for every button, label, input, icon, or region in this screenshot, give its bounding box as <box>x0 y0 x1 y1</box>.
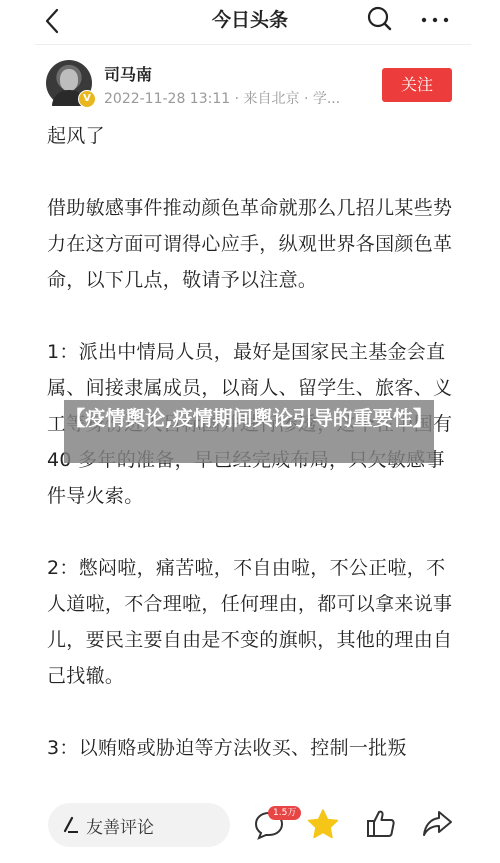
article-paragraph: 3：以贿赂或胁迫等方法收买、控制一批叛 <box>47 730 457 766</box>
share-button[interactable] <box>420 807 454 841</box>
more-options-button[interactable] <box>418 4 452 34</box>
like-button[interactable] <box>364 807 398 841</box>
article-headline: 起风了 <box>47 118 457 154</box>
comment-placeholder: 友善评论 <box>86 813 154 838</box>
article-paragraph: 借助敏感事件推动颜色革命就那么几招儿某些势力在这方面可谓得心应手，纵观世界各国颜… <box>47 190 457 298</box>
pen-icon <box>62 815 80 835</box>
author-name[interactable]: 司马南 <box>104 62 152 85</box>
verified-badge-icon: V <box>78 90 96 108</box>
caption-overlay: 【疫情舆论,疫情期间舆论引导的重要性】 <box>64 400 434 463</box>
follow-button[interactable]: 关注 <box>382 68 452 102</box>
favorite-button[interactable] <box>306 807 340 841</box>
avatar[interactable]: V <box>46 60 92 106</box>
post-meta: 2022-11-28 13:11 · 来自北京 · 学... <box>104 88 340 108</box>
header-divider <box>35 44 471 45</box>
share-icon <box>420 807 454 841</box>
comment-input[interactable]: 友善评论 <box>48 803 230 847</box>
search-button[interactable] <box>365 4 395 34</box>
thumbs-up-icon <box>364 807 398 841</box>
avatar-face <box>60 69 78 91</box>
article-paragraph: 2：憋闷啦，痛苦啦，不自由啦，不公正啦，不人道啦，不合理啦，任何理由，都可以拿来… <box>47 550 457 694</box>
comment-count-badge: 1.5万 <box>268 806 301 820</box>
star-icon <box>306 807 340 841</box>
bottom-action-bar: 友善评论 1.5万 <box>0 795 500 863</box>
search-icon <box>365 4 395 34</box>
top-nav-bar: 今日头条 <box>0 0 500 44</box>
more-horizontal-icon <box>418 4 452 34</box>
